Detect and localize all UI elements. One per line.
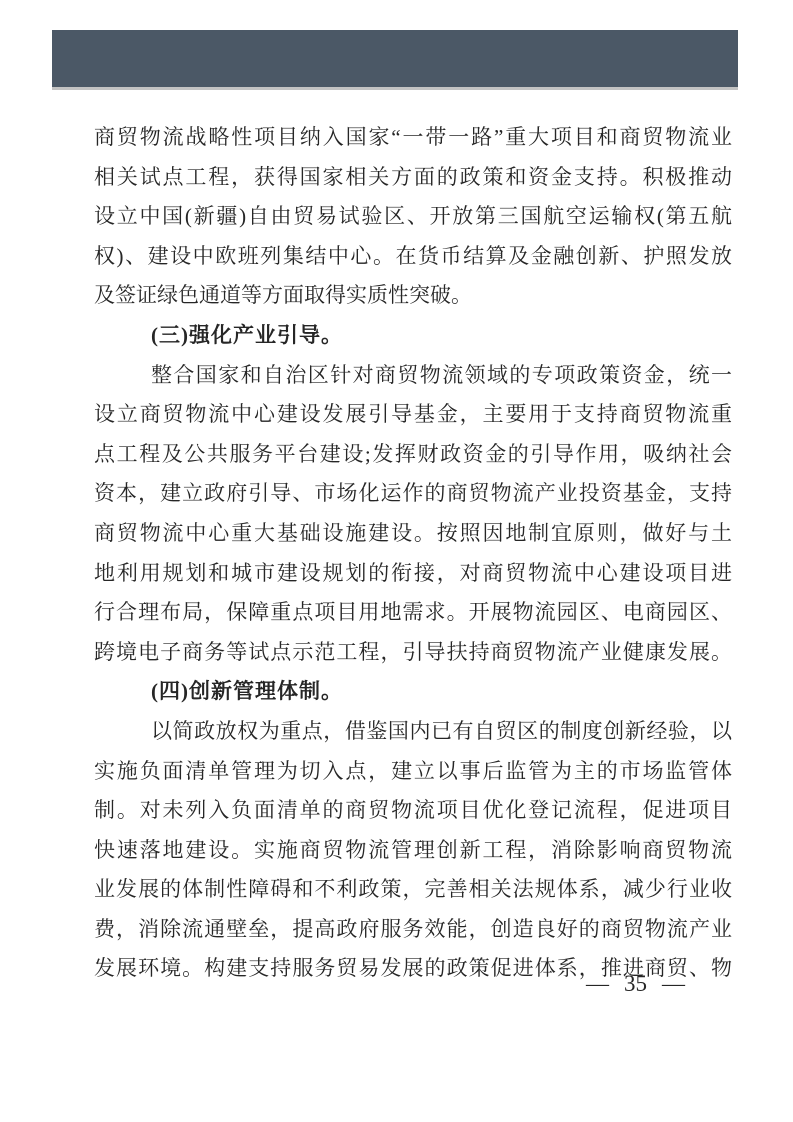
text-line: 相关试点工程，获得国家相关方面的政策和资金支持。积极推动 <box>94 158 732 198</box>
text-line: 设立商贸物流中心建设发展引导基金，主要用于支持商贸物流重 <box>94 395 732 435</box>
text-line: 资本，建立政府引导、市场化运作的商贸物流产业投资基金，支持 <box>94 474 732 514</box>
document-page: 商贸物流战略性项目纳入国家“一带一路”重大项目和商贸物流业相关试点工程，获得国家… <box>0 0 793 1122</box>
text-line: 及签证绿色通道等方面取得实质性突破。 <box>94 276 732 316</box>
text-line: 设立中国(新疆)自由贸易试验区、开放第三国航空运输权(第五航 <box>94 197 732 237</box>
section-heading: (三)强化产业引导。 <box>94 316 732 356</box>
text-line: 快速落地建设。实施商贸物流管理创新工程，消除影响商贸物流 <box>94 831 732 871</box>
text-line: 费，消除流通壁垒，提高政府服务效能，创造良好的商贸物流产业 <box>94 910 732 950</box>
document-body: 商贸物流战略性项目纳入国家“一带一路”重大项目和商贸物流业相关试点工程，获得国家… <box>94 118 732 989</box>
page-number-value: 35 <box>624 971 647 997</box>
page-number-dash-left: — <box>586 971 609 996</box>
page-number-dash-right: — <box>662 971 685 996</box>
text-line: 业发展的体制性障碍和不利政策，完善相关法规体系，减少行业收 <box>94 870 732 910</box>
text-line: 点工程及公共服务平台建设;发挥财政资金的引导作用，吸纳社会 <box>94 435 732 475</box>
text-line: 以简政放权为重点，借鉴国内已有自贸区的制度创新经验，以 <box>94 712 732 752</box>
text-line: 商贸物流中心重大基础设施建设。按照因地制宜原则，做好与土 <box>94 514 732 554</box>
text-line: 行合理布局，保障重点项目用地需求。开展物流园区、电商园区、 <box>94 593 732 633</box>
text-line: 商贸物流战略性项目纳入国家“一带一路”重大项目和商贸物流业 <box>94 118 732 158</box>
page-number: —35— <box>586 971 685 997</box>
text-line: 整合国家和自治区针对商贸物流领域的专项政策资金，统一 <box>94 356 732 396</box>
text-line: 实施负面清单管理为切入点，建立以事后监管为主的市场监管体 <box>94 752 732 792</box>
section-heading: (四)创新管理体制。 <box>94 672 732 712</box>
header-rule <box>52 87 738 90</box>
text-line: 地利用规划和城市建设规划的衔接，对商贸物流中心建设项目进 <box>94 554 732 594</box>
text-line: 制。对未列入负面清单的商贸物流项目优化登记流程，促进项目 <box>94 791 732 831</box>
header-band <box>52 30 738 87</box>
text-line: 权)、建设中欧班列集结中心。在货币结算及金融创新、护照发放 <box>94 237 732 277</box>
text-line: 跨境电子商务等试点示范工程，引导扶持商贸物流产业健康发展。 <box>94 633 732 673</box>
